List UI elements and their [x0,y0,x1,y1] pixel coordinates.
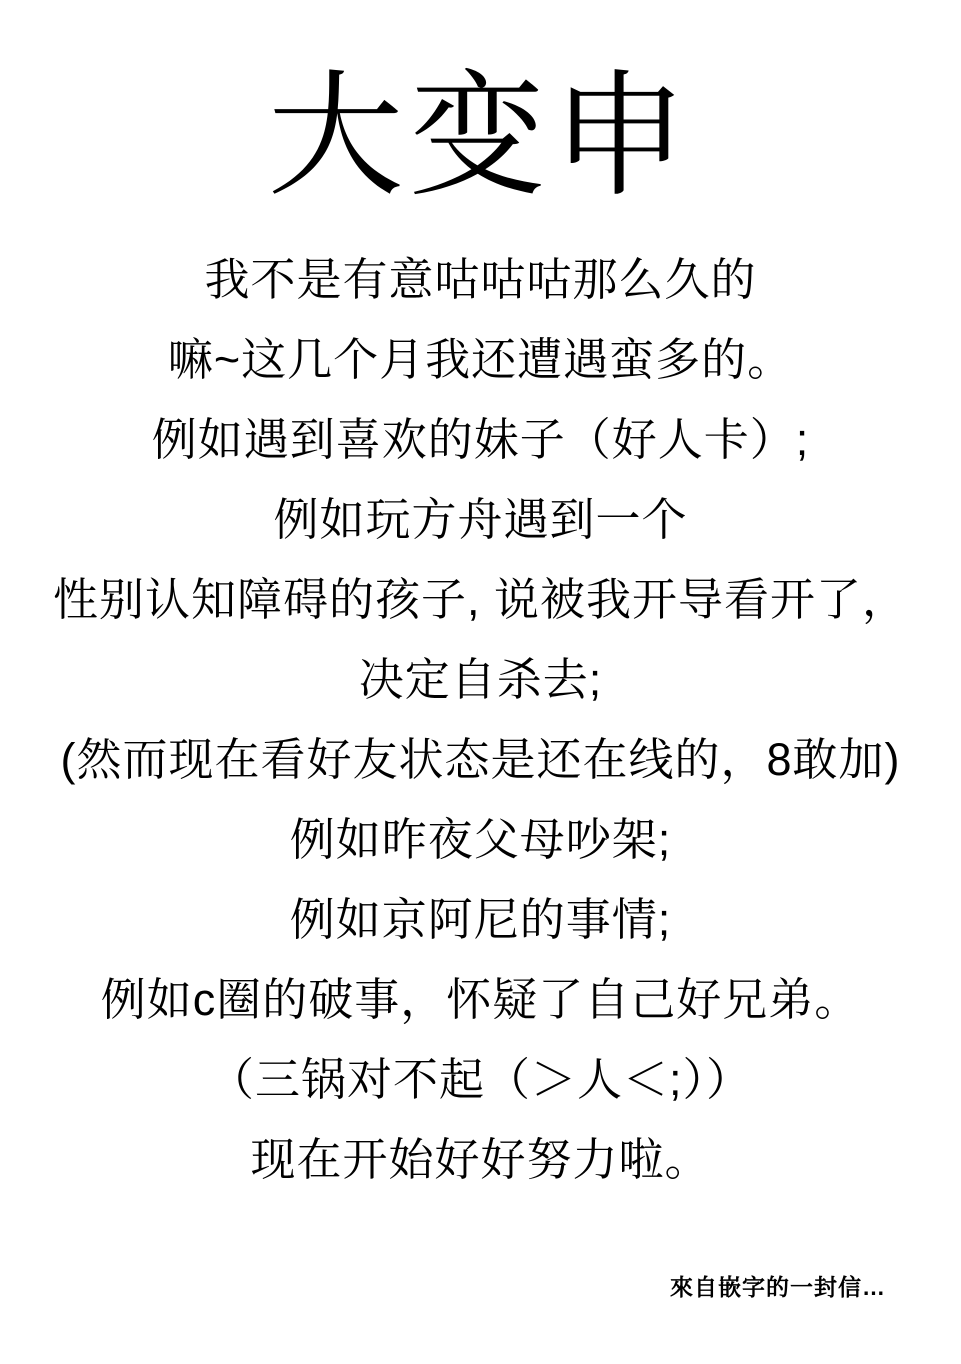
notice-line: 现在开始好好努力啦。 [250,1120,710,1200]
notice-line: 决定自杀去; [359,640,603,720]
notice-line: 例如遇到喜欢的妹子（好人卡）; [152,400,810,480]
notice-line: （三锅对不起（＞人＜;）） [209,1040,752,1120]
notice-line: 例如c圈的破事，怀疑了自己好兄弟。 [101,960,861,1040]
notice-line: 嘛~这几个月我还遭遇蛮多的。 [168,320,793,400]
page-title: 大变申 [268,62,694,212]
notice-body: 我不是有意咕咕咕那么久的 嘛~这几个月我还遭遇蛮多的。 例如遇到喜欢的妹子（好人… [0,240,961,1200]
notice-page: 大变申 我不是有意咕咕咕那么久的 嘛~这几个月我还遭遇蛮多的。 例如遇到喜欢的妹… [0,0,961,1364]
notice-line: 例如京阿尼的事情; [290,880,672,960]
notice-line: 例如昨夜父母吵架; [290,800,672,880]
notice-line: 我不是有意咕咕咕那么久的 [204,240,756,320]
notice-line: (然而现在看好友状态是还在线的，8敢加) [61,720,901,800]
notice-line: 例如玩方舟遇到一个 [273,480,687,560]
notice-line: 性别认知障碍的孩子, 说被我开导看开了， [53,560,908,640]
signature-line: 來自嵌字的一封信… [670,1269,886,1302]
